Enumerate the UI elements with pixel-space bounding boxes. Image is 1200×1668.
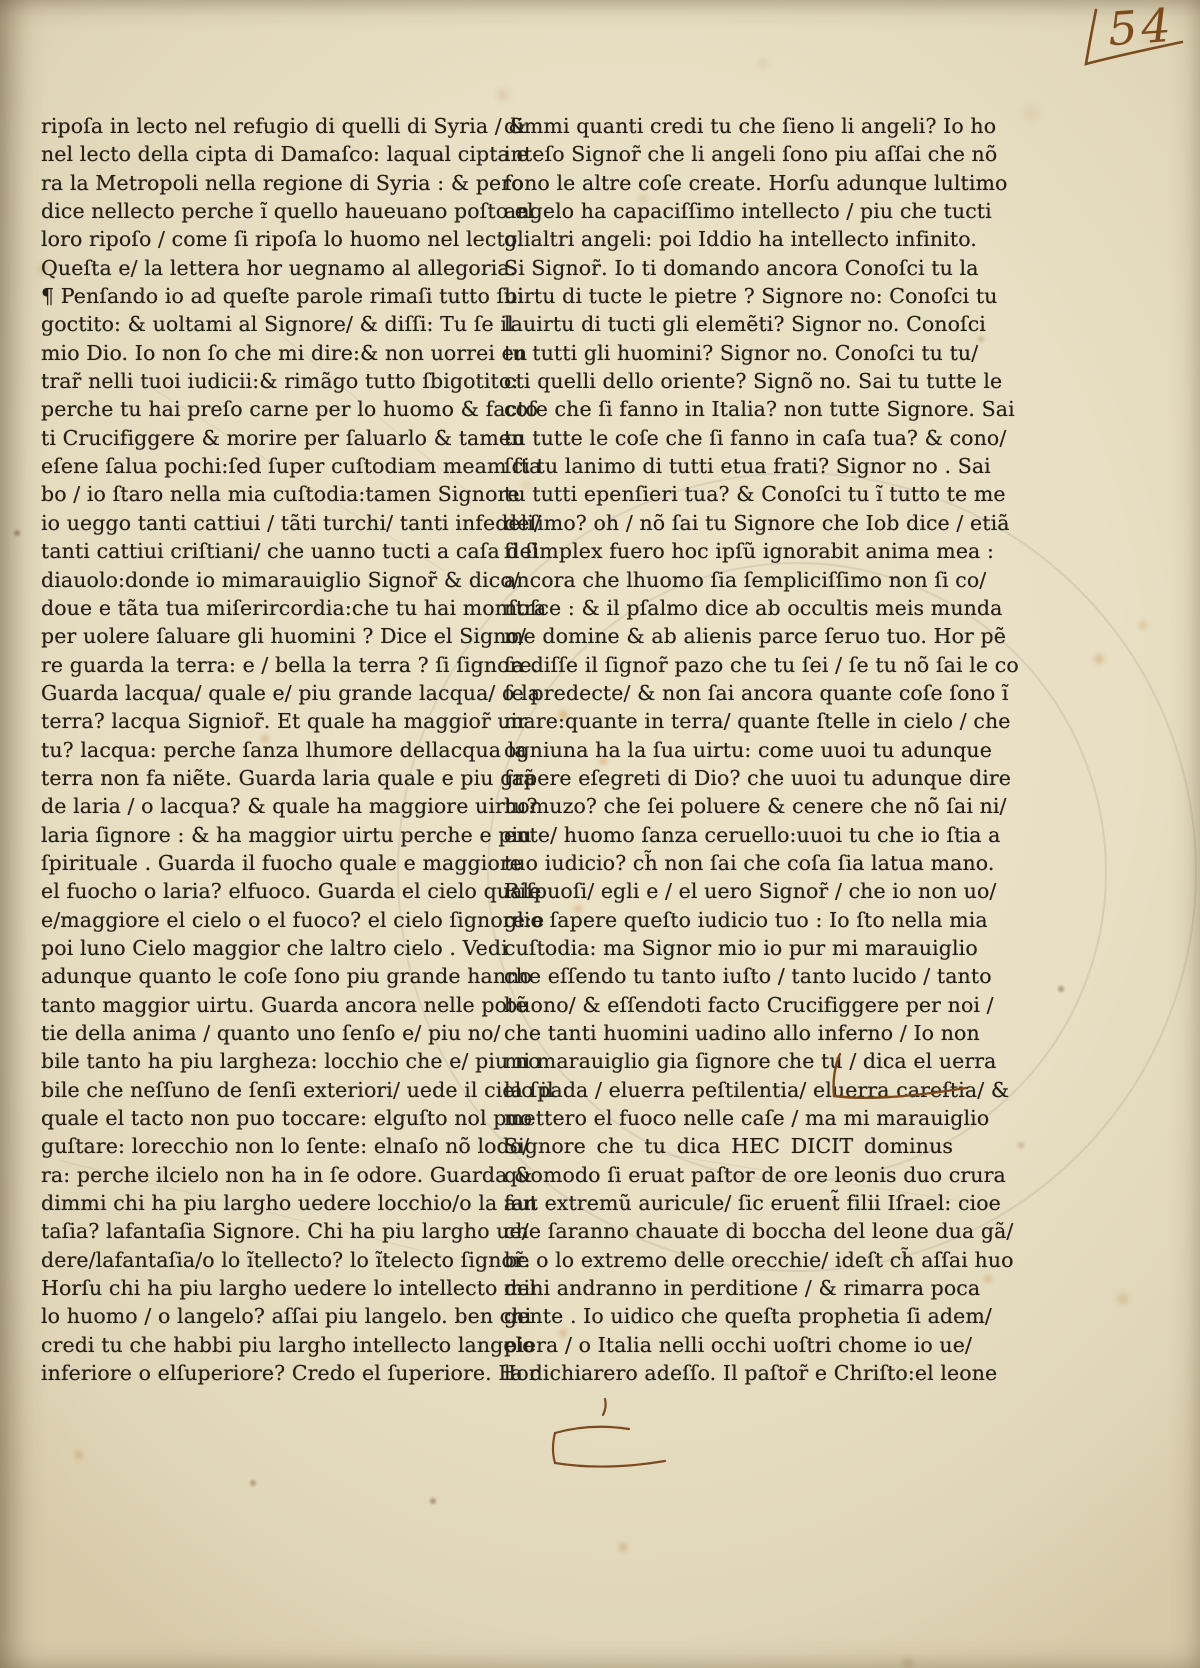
text-line: gente . Io uidico che queſta prophetia ſ…	[504, 1302, 953, 1330]
text-line: laria ſignore : & ha maggior uirtu perch…	[41, 821, 479, 849]
text-line: re guarda la terra: e / bella la terra ?…	[41, 651, 479, 679]
text-line: cuſtodia: ma Signor mio io pur mi maraui…	[504, 934, 953, 962]
text-line: aut extremũ auricule/ ſic eruent̃ filii …	[504, 1189, 953, 1217]
folio-page-number: 54	[1082, 2, 1192, 80]
text-line: bile tanto ha piu largheza: locchio che …	[41, 1047, 479, 1075]
text-line: tanti cattiui criſtiani/ che uanno tucti…	[41, 537, 479, 565]
text-line: el fuocho o laria? elfuoco. Guarda el ci…	[41, 877, 479, 905]
text-line: che tanti huomini uadino allo inferno / …	[504, 1019, 953, 1047]
text-line: ſi ſimplex fuero hoc ipſũ ignorabit anim…	[504, 537, 953, 565]
text-line: diauolo:donde io mimarauiglio Signor̃ & …	[41, 566, 479, 594]
text-line: inteſo Signor̃ che li angeli ſono piu aſ…	[504, 140, 953, 168]
text-line: Signore che tu dica HEC DICIT dominus	[504, 1132, 953, 1160]
text-line: angelo ha capaciſſimo intellecto / piu c…	[504, 197, 953, 225]
text-line: tu tutti epenſieri tua? & Conoſci tu ĩ t…	[504, 480, 953, 508]
text-line: tuo iudicio? ch̃ non ſai che coſa ſia la…	[504, 849, 953, 877]
text-line: ſono le altre coſe create. Horſu adunque…	[504, 169, 953, 197]
text-line: e/maggiore el cielo o el fuoco? el cielo…	[41, 906, 479, 934]
text-line: nel lecto della cipta di Damaſco: laqual…	[41, 140, 479, 168]
text-line: glio ſapere queſto iudicio tuo : Io ſto …	[504, 906, 953, 934]
text-line: lauirtu di tucti gli elemẽti? Signor no.…	[504, 310, 953, 338]
text-line: uirtu di tucte le pietre ? Signore no: C…	[504, 282, 953, 310]
folio-number-text: 54	[1106, 2, 1176, 53]
text-line: ſpirituale . Guarda il fuocho quale e ma…	[41, 849, 479, 877]
text-line: dimmi chi ha piu largho uedere locchio/o…	[41, 1189, 479, 1217]
text-line: Riſpuoſi/ egli e / el uero Signor̃ / che…	[504, 877, 953, 905]
book-page: ripoſa in lecto nel refugio di quelli di…	[0, 0, 1200, 1668]
text-line: ti Crucifiggere & morire per ſaluarlo & …	[41, 424, 479, 452]
text-line: mio Dio. Io non ſo che mi dire:& non uor…	[41, 339, 479, 367]
text-line: buono/ & eſſendoti facto Crucifiggere pe…	[504, 991, 953, 1019]
text-line: tanto maggior uirtu. Guarda ancora nelle…	[41, 991, 479, 1019]
text-line: mare:quante in terra/ quante ſtelle in c…	[504, 707, 953, 735]
text-line: terra? lacqua Signior̃. Et quale ha magg…	[41, 707, 479, 735]
text-line: noſce : & il pſalmo dice ab occultis mei…	[504, 594, 953, 622]
text-line: goctito: & uoltami al Signore/ & diſſi: …	[41, 310, 479, 338]
text-line: ra: perche ilcielo non ha in ſe odore. G…	[41, 1161, 479, 1189]
text-line: ra la Metropoli nella regione di Syria :…	[41, 169, 479, 197]
text-line: Queſta e/ la lettera hor uegnamo al alle…	[41, 254, 479, 282]
text-line: trar̃ nelli tuoi iudicii:& rimãgo tutto …	[41, 367, 479, 395]
text-line: tu tutte le coſe che ſi fanno in caſa tu…	[504, 424, 953, 452]
text-line: credi tu che habbi piu largho intellecto…	[41, 1331, 479, 1359]
text-line: ſci tu lanimo di tutti etua frati? Signo…	[504, 452, 953, 480]
foxing-stains	[0, 0, 6, 6]
text-line: lo huomo / o langelo? aſſai piu langelo.…	[41, 1302, 479, 1330]
text-line: quomodo ſi eruat paſtor de ore leonis du…	[504, 1161, 953, 1189]
text-line: terra non fa niẽte. Guarda laria quale e…	[41, 764, 479, 792]
text-line: dimmi quanti credi tu che ſieno li angel…	[504, 112, 953, 140]
text-line: Horſu chi ha piu largho uedere lo intell…	[41, 1274, 479, 1302]
text-line: be o lo extremo delle orecchie/ ideſt ch…	[504, 1246, 953, 1274]
text-line: ente/ huomo ſanza ceruello:uuoi tu che i…	[504, 821, 953, 849]
text-line: che eſſendo tu tanto iuſto / tanto lucid…	[504, 962, 953, 990]
text-line: per uolere ſaluare gli huomini ? Dice el…	[41, 622, 479, 650]
text-line: ſe predecte/ & non ſai ancora quante coſ…	[504, 679, 953, 707]
text-line: ogniuna ha la ſua uirtu: come uuoi tu ad…	[504, 736, 953, 764]
text-line: ancora che lhuomo ſia ſempliciſſimo non …	[504, 566, 953, 594]
text-line: guſtare: lorecchio non lo ſente: elnaſo …	[41, 1132, 479, 1160]
text-line: ſapere eſegreti di Dio? che uuoi tu adun…	[504, 764, 953, 792]
text-line: bile che neſſuno de ſenſi exteriori/ ued…	[41, 1076, 479, 1104]
text-line: inferiore o elſuperiore? Credo el ſuperi…	[41, 1359, 479, 1387]
text-line: la dichiarero adeſſo. Il paſtor̃ e Chriſ…	[504, 1359, 953, 1387]
text-column-right: dimmi quanti credi tu che ſieno li angel…	[504, 112, 953, 1387]
text-line: taſia? lafantaſia Signore. Chi ha piu la…	[41, 1217, 479, 1245]
ink-bracket-o-italia	[545, 1395, 675, 1475]
text-line: ripoſa in lecto nel refugio di quelli di…	[41, 112, 479, 140]
text-line: che ſaranno chauate di boccha del leone …	[504, 1217, 953, 1245]
text-line: dere/lafantaſia/o lo ĩtellecto? lo ĩtele…	[41, 1246, 479, 1274]
text-line: me domine & ab alienis parce ſeruo tuo. …	[504, 622, 953, 650]
text-line: loro ripoſo / come ſi ripoſa lo huomo ne…	[41, 225, 479, 253]
text-line: doue e tãta tua miſerircordia:che tu hai…	[41, 594, 479, 622]
text-line: io ueggo tanti cattiui / tãti turchi/ ta…	[41, 509, 479, 537]
text-line: mini andranno in perditione / & rimarra …	[504, 1274, 953, 1302]
text-line: ¶ Penſando io ad queſte parole rimaſi tu…	[41, 282, 479, 310]
text-line: tu tutti gli huomini? Signor no. Conoſci…	[504, 339, 953, 367]
text-line: eſene ſalua pochi:ſed ſuper cuſtodiam me…	[41, 452, 479, 480]
text-line: quale el tacto non puo toccare: elguſto …	[41, 1104, 479, 1132]
text-line: cti quelli dello oriente? Signõ no. Sai …	[504, 367, 953, 395]
text-line: de laria / o lacqua? & quale ha maggiore…	[41, 792, 479, 820]
text-line: tie della anima / quanto uno ſenſo e/ pi…	[41, 1019, 479, 1047]
text-line: mi marauiglio gia ſignore che tu / dica …	[504, 1047, 953, 1075]
text-line: adunque quanto le coſe ſono piu grande h…	[41, 962, 479, 990]
text-line: glialtri angeli: poi Iddio ha intellecto…	[504, 225, 953, 253]
text-line: dice nellecto perche ĩ quello haueuano p…	[41, 197, 479, 225]
text-line: piera / o Italia nelli occhi uoſtri chom…	[504, 1331, 953, 1359]
text-column-left: ripoſa in lecto nel refugio di quelli di…	[41, 112, 479, 1387]
text-line: ſa diſſe il ſignor̃ pazo che tu ſei / ſe…	[504, 651, 953, 679]
text-line: homuzo? che ſei poluere & cenere che nõ …	[504, 792, 953, 820]
text-line: Guarda lacqua/ quale e/ piu grande lacqu…	[41, 679, 479, 707]
text-line: bo / io ſtaro nella mia cuſtodia:tamen S…	[41, 480, 479, 508]
text-line: coſe che ſi fanno in Italia? non tutte S…	[504, 395, 953, 423]
text-line: la ſpada / eluerra peſtilentia/ eluerra …	[504, 1076, 953, 1104]
text-line: mettero el fuoco nelle caſe / ma mi mara…	[504, 1104, 953, 1132]
text-line: Si Signor̃. Io ti domando ancora Conoſci…	[504, 254, 953, 282]
text-line: poi luno Cielo maggior che laltro cielo …	[41, 934, 479, 962]
text-line: perche tu hai preſo carne per lo huomo &…	[41, 395, 479, 423]
text-line: tu? lacqua: perche ſanza lhumore dellacq…	[41, 736, 479, 764]
text-line: deſimo? oh / nõ ſai tu Signore che Iob d…	[504, 509, 953, 537]
